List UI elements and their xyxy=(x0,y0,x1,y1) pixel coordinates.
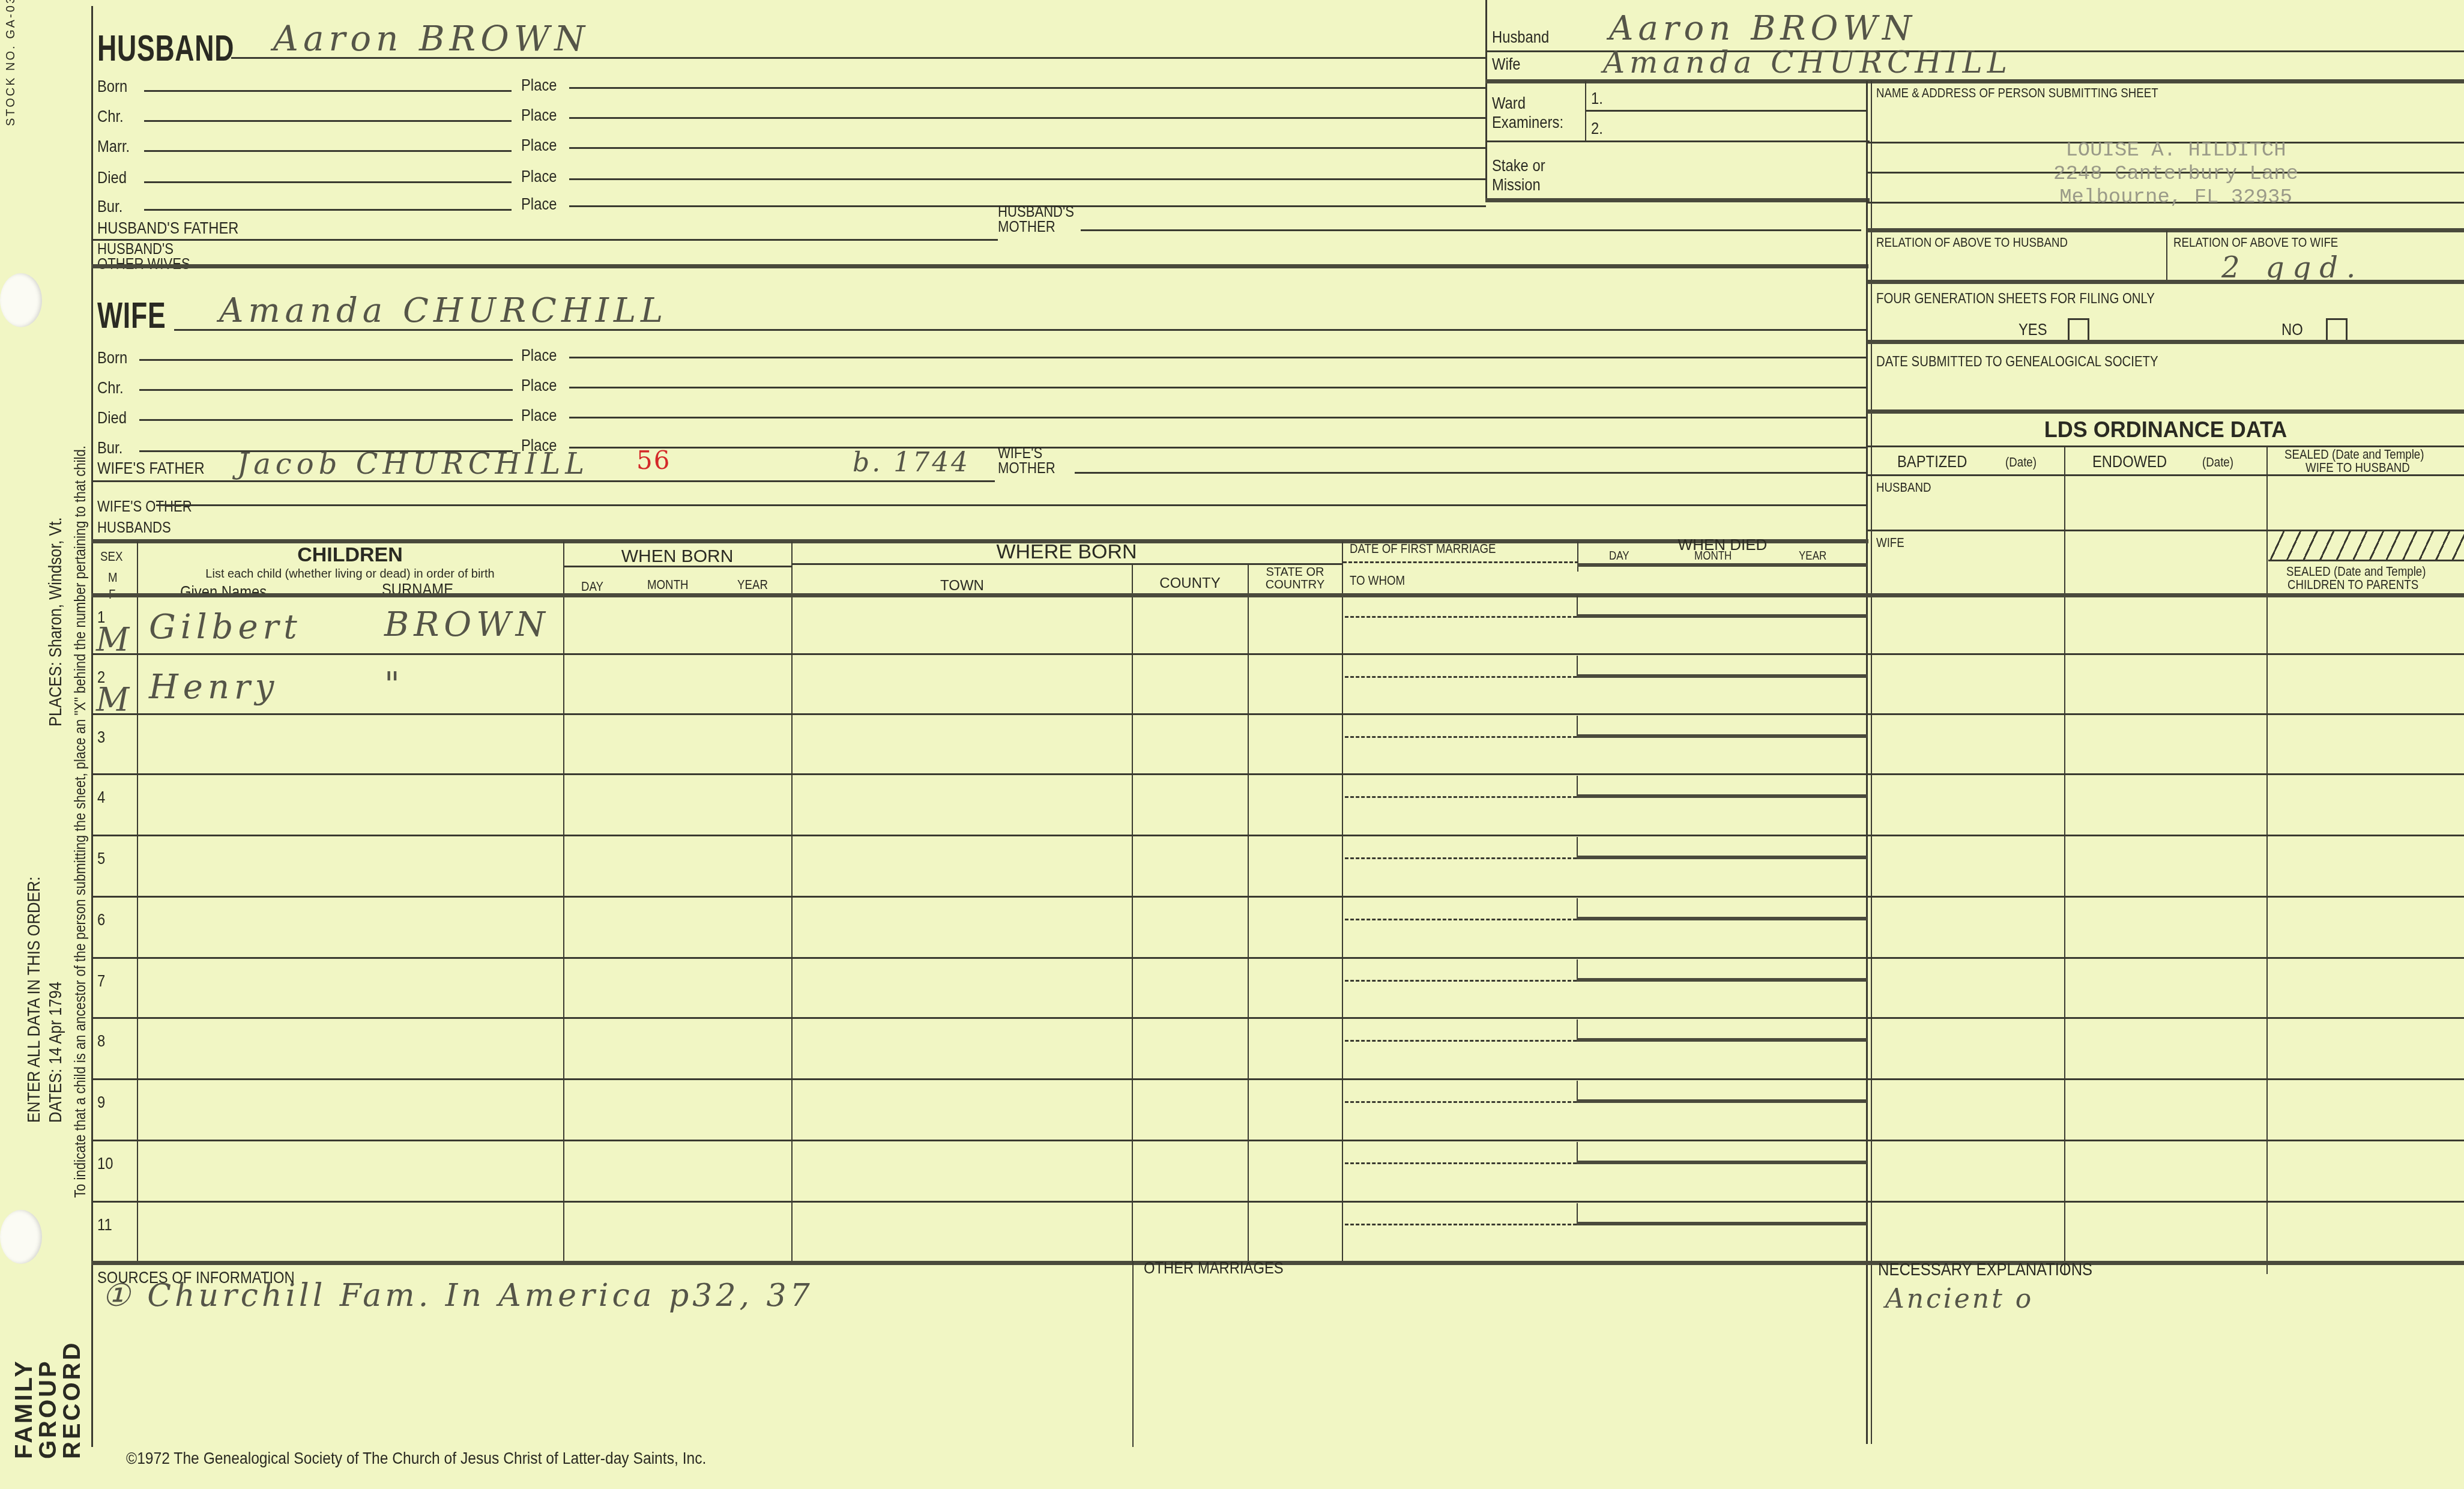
wife-father-birth[interactable]: b. 1744 xyxy=(853,447,970,478)
row-line-1 xyxy=(91,653,2464,655)
wife-bur-label: Bur. xyxy=(97,439,122,456)
wife-father-name[interactable]: Jacob CHURCHILL xyxy=(237,447,589,481)
header-husband-label: Husband xyxy=(1492,29,1549,46)
child-birth-town-field[interactable] xyxy=(794,1081,1131,1137)
form-title: FAMILY GROUP RECORD xyxy=(12,1341,84,1459)
child-marriage-divider xyxy=(1345,1162,1577,1164)
husband-died-label: Died xyxy=(97,169,127,186)
child-endowed-field[interactable] xyxy=(2067,1203,2265,1260)
child-birth-town-field[interactable] xyxy=(794,596,1131,652)
child-sealed-field[interactable] xyxy=(2269,959,2461,1016)
header-wife-value[interactable]: Amanda CHURCHILL xyxy=(1603,45,2012,80)
child-birth-town-field[interactable] xyxy=(794,656,1131,712)
other-marriages-divider xyxy=(1132,1261,1134,1447)
death-month-label: MONTH xyxy=(1694,549,1732,563)
relation-wife-label: RELATION OF ABOVE TO WIFE xyxy=(2173,235,2338,250)
wife-born-field[interactable] xyxy=(139,359,513,361)
child-endowed-field[interactable] xyxy=(2067,959,2265,1016)
husband-bur-label: Bur. xyxy=(97,198,122,215)
examiner-1-field[interactable] xyxy=(1585,110,1867,112)
first-marriage-divider xyxy=(1343,561,1578,563)
child-birth-county-field[interactable] xyxy=(1134,1019,1246,1076)
child-birth-date-field[interactable] xyxy=(566,898,790,955)
husband-born-place-label: Place xyxy=(521,77,557,94)
enter-order-instruction: ENTER ALL DATA IN THIS ORDER: xyxy=(24,877,44,1123)
husband-mother-label: HUSBAND'S MOTHER xyxy=(998,204,1074,234)
col-divider-county xyxy=(1248,564,1249,1262)
child-baptized-field[interactable] xyxy=(1873,898,2063,955)
wife-died-field[interactable] xyxy=(139,419,513,421)
submitter-city: Melbourne, FL 32935 xyxy=(2053,186,2298,210)
submitter-name: LOUISE A. HILDITCH xyxy=(2053,139,2298,163)
child-died-underline xyxy=(1577,856,1867,859)
child-birth-state-field[interactable] xyxy=(1250,1142,1341,1198)
child-number: 5 xyxy=(97,850,105,867)
child-birth-town-field[interactable] xyxy=(794,716,1131,772)
child-baptized-field[interactable] xyxy=(1873,1203,2063,1260)
husband-marr-place-field[interactable] xyxy=(569,147,1486,149)
wife-endowed-field[interactable] xyxy=(2067,531,2265,591)
child-birth-state-field[interactable] xyxy=(1250,837,1341,893)
right-column-border-inner xyxy=(1871,81,1872,1444)
wife-mother-field[interactable] xyxy=(1075,472,1867,474)
child-spouse-field[interactable] xyxy=(1345,1166,1865,1198)
relation-bottom xyxy=(1867,280,2464,284)
child-marriage-date-field[interactable] xyxy=(1345,1203,1575,1221)
sex-label: SEX xyxy=(100,549,122,564)
child-death-date-field[interactable] xyxy=(1579,596,1865,614)
husband-died-place-label: Place xyxy=(521,168,557,185)
child-birth-county-field[interactable] xyxy=(1134,959,1246,1016)
date-submitted-label: DATE SUBMITTED TO GENEALOGICAL SOCIETY xyxy=(1876,354,2158,370)
child-death-date-field[interactable] xyxy=(1579,1019,1865,1037)
birth-year-label: YEAR xyxy=(737,578,768,592)
husband-endowed-field[interactable] xyxy=(2067,476,2265,530)
child-sealed-field[interactable] xyxy=(2269,898,2461,955)
where-born-subheader-line xyxy=(791,563,1342,565)
county-label: COUNTY xyxy=(1133,575,1247,592)
child-birth-town-field[interactable] xyxy=(794,1203,1131,1260)
wife-chr-field[interactable] xyxy=(139,389,513,391)
child-died-underline xyxy=(1577,614,1867,618)
child-spouse-field[interactable] xyxy=(1345,1105,1865,1137)
child-death-date-field[interactable] xyxy=(1579,656,1865,674)
child-death-date-field[interactable] xyxy=(1579,898,1865,916)
wife-baptized-field[interactable] xyxy=(1872,531,2063,591)
husband-chr-field[interactable] xyxy=(144,120,512,122)
endowed-date-label: (Date) xyxy=(2202,455,2233,470)
wife-chr-place-label: Place xyxy=(521,377,557,394)
child-died-underline xyxy=(1577,1038,1867,1042)
child-died-underline xyxy=(1577,1161,1867,1164)
child-birth-town-field[interactable] xyxy=(794,898,1131,955)
husband-born-field[interactable] xyxy=(144,90,512,92)
child-sealed-field[interactable] xyxy=(2269,837,2461,893)
form-title-line-2: GROUP xyxy=(36,1341,60,1459)
col-divider-state xyxy=(1342,542,1343,1262)
husband-chr-place-label: Place xyxy=(521,107,557,124)
wife-name-line xyxy=(174,329,1867,331)
child-birth-state-field[interactable] xyxy=(1250,1203,1341,1260)
wife-other-husbands-field[interactable] xyxy=(156,504,1867,506)
wife-father-reference-number: 56 xyxy=(636,445,671,475)
sealed-wife-to-husband-field[interactable] xyxy=(2269,476,2461,530)
child-sealed-field[interactable] xyxy=(2269,1203,2461,1260)
child-died-underline xyxy=(1577,1222,1867,1225)
child-given-name[interactable]: Henry xyxy=(149,668,279,707)
child-spouse-field[interactable] xyxy=(1345,1044,1865,1076)
child-birth-county-field[interactable] xyxy=(1134,656,1246,712)
child-sealed-field[interactable] xyxy=(2269,596,2461,652)
when-born-label: WHEN BORN xyxy=(564,546,790,567)
sealed-wife-label-2: WIFE TO HUSBAND xyxy=(2305,461,2410,475)
sources-value[interactable]: ① Churchill Fam. In America p32, 37 xyxy=(102,1278,814,1314)
places-example: PLACES: Sharon, Windsor, Vt. xyxy=(46,517,66,726)
child-baptized-field[interactable] xyxy=(1873,837,2063,893)
child-birth-date-field[interactable] xyxy=(566,1019,790,1076)
child-spouse-field[interactable] xyxy=(1345,983,1865,1016)
submitter-stamp[interactable]: LOUISE A. HILDITCH 2248 Canterbury Lane … xyxy=(2053,139,2298,210)
child-birth-date-field[interactable] xyxy=(566,1203,790,1260)
child-number: 10 xyxy=(97,1155,113,1172)
child-surname[interactable]: BROWN xyxy=(384,605,550,644)
four-gen-no-label: NO xyxy=(2281,321,2303,338)
child-birth-date-field[interactable] xyxy=(566,776,790,832)
examiner-2-label: 2. xyxy=(1591,120,1603,137)
child-death-date-field[interactable] xyxy=(1579,1081,1865,1099)
stake-mission-label-1: Stake or xyxy=(1492,157,1545,174)
wife-mother-label: WIFE'S MOTHER xyxy=(998,445,1055,475)
child-marriage-divider xyxy=(1345,616,1577,618)
ancestor-instruction: To indicate that a child is an ancestor … xyxy=(71,445,89,1198)
child-birth-town-field[interactable] xyxy=(794,1019,1131,1076)
copyright-notice: ©1972 The Genealogical Society of The Ch… xyxy=(126,1449,706,1468)
ordinance-col-divider-1 xyxy=(2064,445,2065,1274)
child-surname[interactable]: " xyxy=(384,665,405,704)
explanations-value[interactable]: Ancient o xyxy=(1885,1284,2034,1314)
wife-father-field xyxy=(91,480,995,482)
husband-name-line xyxy=(231,57,1486,59)
wife-born-place-field[interactable] xyxy=(569,357,1867,358)
wife-chr-place-field[interactable] xyxy=(569,387,1867,388)
husband-marr-place-label: Place xyxy=(521,137,557,154)
sex-m-label: M xyxy=(108,570,118,585)
row-line-5 xyxy=(91,896,2464,898)
child-marriage-divider xyxy=(1345,1040,1577,1042)
child-marriage-date-field[interactable] xyxy=(1345,596,1575,614)
husband-died-field[interactable] xyxy=(144,181,512,183)
where-born-label: WHERE BORN xyxy=(793,540,1341,564)
child-death-date-field[interactable] xyxy=(1579,716,1865,734)
wife-born-label: Born xyxy=(97,349,127,366)
wife-name[interactable]: Amanda CHURCHILL xyxy=(219,291,668,330)
children-title: CHILDREN xyxy=(138,543,562,567)
child-baptized-field[interactable] xyxy=(1873,656,2063,712)
child-marriage-date-field[interactable] xyxy=(1345,1081,1575,1099)
child-birth-town-field[interactable] xyxy=(794,837,1131,893)
birth-month-label: MONTH xyxy=(647,578,689,592)
hatched-not-applicable xyxy=(2268,531,2464,561)
child-death-date-field[interactable] xyxy=(1579,1203,1865,1221)
child-baptized-field[interactable] xyxy=(1873,1142,2063,1198)
header-wife-label: Wife xyxy=(1492,56,1521,73)
when-died-underline xyxy=(1577,563,1867,567)
child-birth-county-field[interactable] xyxy=(1134,837,1246,893)
relation-husband-label: RELATION OF ABOVE TO HUSBAND xyxy=(1876,235,2068,250)
child-baptized-field[interactable] xyxy=(1873,716,2063,772)
other-marriages-field[interactable] xyxy=(1144,1285,1861,1441)
child-sealed-field[interactable] xyxy=(2269,1142,2461,1198)
child-number: 9 xyxy=(97,1094,105,1111)
child-endowed-field[interactable] xyxy=(2067,656,2265,712)
child-marriage-date-field[interactable] xyxy=(1345,716,1575,734)
wife-died-place-field[interactable] xyxy=(569,417,1867,418)
child-birth-date-field[interactable] xyxy=(566,596,790,652)
child-number: 8 xyxy=(97,1033,105,1050)
relation-divider xyxy=(2166,231,2167,282)
children-subtitle: List each child (whether living or dead)… xyxy=(138,567,562,581)
relation-husband-field[interactable] xyxy=(1876,252,2164,282)
child-spouse-field[interactable] xyxy=(1345,861,1865,893)
explanations-label: NECESSARY EXPLANATIONS xyxy=(1878,1261,2092,1279)
child-given-name[interactable]: Gilbert xyxy=(149,608,302,647)
col-divider-when-died-header xyxy=(1577,542,1578,572)
four-gen-yes-checkbox[interactable] xyxy=(2068,318,2089,342)
child-endowed-field[interactable] xyxy=(2067,837,2265,893)
child-sealed-field[interactable] xyxy=(2269,1081,2461,1137)
header-wife-line xyxy=(1485,79,2464,83)
ordinance-col-divider-2 xyxy=(2266,445,2268,1274)
submitter-bottom xyxy=(1867,228,2464,232)
child-number: 6 xyxy=(97,911,105,928)
child-marriage-date-field[interactable] xyxy=(1345,898,1575,916)
ward-examiners-label-1: Ward xyxy=(1492,95,1526,112)
child-spouse-field[interactable] xyxy=(1345,740,1865,772)
child-birth-date-field[interactable] xyxy=(566,1142,790,1198)
husband-born-label: Born xyxy=(97,78,127,95)
wife-chr-label: Chr. xyxy=(97,379,124,396)
child-birth-date-field[interactable] xyxy=(566,837,790,893)
child-endowed-field[interactable] xyxy=(2067,716,2265,772)
husband-died-place-field[interactable] xyxy=(569,178,1486,180)
child-birth-county-field[interactable] xyxy=(1134,1142,1246,1198)
row-line-2 xyxy=(91,713,2464,715)
wife-born-place-label: Place xyxy=(521,347,557,364)
child-died-underline xyxy=(1577,734,1867,738)
sealed-children-label-2: CHILDREN TO PARENTS xyxy=(2287,578,2418,592)
wife-bur-place-field[interactable] xyxy=(569,447,1867,449)
child-marriage-date-field[interactable] xyxy=(1345,776,1575,794)
baptized-label: BAPTIZED xyxy=(1897,453,1967,470)
husband-baptized-field[interactable] xyxy=(1872,476,2063,530)
child-sealed-field[interactable] xyxy=(2269,1019,2461,1076)
child-endowed-field[interactable] xyxy=(2067,776,2265,832)
child-marriage-date-field[interactable] xyxy=(1345,959,1575,977)
col-divider-town xyxy=(1132,564,1133,1262)
child-endowed-field[interactable] xyxy=(2067,1081,2265,1137)
child-birth-state-field[interactable] xyxy=(1250,1019,1341,1076)
child-birth-town-field[interactable] xyxy=(794,1142,1131,1198)
col-divider-when-born xyxy=(791,542,793,1262)
husband-born-place-field[interactable] xyxy=(569,87,1486,89)
child-marriage-date-field[interactable] xyxy=(1345,1142,1575,1160)
child-marriage-divider xyxy=(1345,736,1577,738)
child-birth-date-field[interactable] xyxy=(566,716,790,772)
first-marriage-label: DATE OF FIRST MARRIAGE xyxy=(1350,542,1496,556)
child-baptized-field[interactable] xyxy=(1873,1019,2063,1076)
child-birth-state-field[interactable] xyxy=(1250,776,1341,832)
wife-died-label: Died xyxy=(97,409,127,426)
form-title-line-3: RECORD xyxy=(60,1341,84,1459)
husband-name[interactable]: Aaron BROWN xyxy=(273,18,590,59)
child-birth-state-field[interactable] xyxy=(1250,716,1341,772)
wife-died-place-label: Place xyxy=(521,407,557,424)
child-marriage-divider xyxy=(1345,1101,1577,1103)
child-spouse-field[interactable] xyxy=(1345,620,1865,652)
child-sealed-field[interactable] xyxy=(2269,776,2461,832)
form-title-line-1: FAMILY xyxy=(12,1341,36,1459)
husband-mother-field[interactable] xyxy=(1081,229,1861,231)
child-death-date-field[interactable] xyxy=(1579,776,1865,794)
child-birth-town-field[interactable] xyxy=(794,776,1131,832)
child-baptized-field[interactable] xyxy=(1873,959,2063,1016)
four-generation-label: FOUR GENERATION SHEETS FOR FILING ONLY xyxy=(1876,291,2155,307)
child-birth-state-field[interactable] xyxy=(1250,1081,1341,1137)
child-birth-county-field[interactable] xyxy=(1134,716,1246,772)
child-sealed-field[interactable] xyxy=(2269,656,2461,712)
child-death-date-field[interactable] xyxy=(1579,959,1865,977)
stake-mission-label-2: Mission xyxy=(1492,177,1541,193)
husband-chr-place-field[interactable] xyxy=(569,117,1486,119)
child-birth-county-field[interactable] xyxy=(1134,596,1246,652)
husband-marr-field[interactable] xyxy=(144,150,512,152)
death-day-label: DAY xyxy=(1609,549,1629,563)
child-birth-county-field[interactable] xyxy=(1134,1203,1246,1260)
child-marriage-divider xyxy=(1345,676,1577,678)
child-marriage-divider xyxy=(1345,1224,1577,1225)
binder-hole-bottom xyxy=(0,1210,42,1264)
date-submitted-field[interactable] xyxy=(1876,372,2459,402)
row-line-7 xyxy=(91,1017,2464,1019)
husband-father-field[interactable] xyxy=(91,239,998,241)
child-sealed-field[interactable] xyxy=(2269,716,2461,772)
child-birth-state-field[interactable] xyxy=(1250,596,1341,652)
row-line-6 xyxy=(91,957,2464,959)
baptized-date-label: (Date) xyxy=(2005,455,2037,470)
child-died-underline xyxy=(1577,978,1867,982)
examiner-2-field[interactable] xyxy=(1485,140,1870,142)
col-divider-name xyxy=(563,542,564,1262)
husband-bur-field[interactable] xyxy=(144,209,512,211)
child-spouse-field[interactable] xyxy=(1345,922,1865,955)
child-died-underline xyxy=(1577,794,1867,798)
child-endowed-field[interactable] xyxy=(2067,898,2265,955)
child-endowed-field[interactable] xyxy=(2067,596,2265,652)
husband-bur-place-label: Place xyxy=(521,196,557,213)
death-year-label: YEAR xyxy=(1799,549,1826,563)
child-marriage-divider xyxy=(1345,919,1577,920)
binder-hole-top xyxy=(0,273,42,327)
left-border xyxy=(91,6,93,1447)
child-birth-state-field[interactable] xyxy=(1250,959,1341,1016)
row-line-9 xyxy=(91,1140,2464,1141)
town-label: TOWN xyxy=(793,578,1132,594)
birth-day-label: DAY xyxy=(581,579,603,594)
child-endowed-field[interactable] xyxy=(2067,1019,2265,1076)
child-birth-date-field[interactable] xyxy=(566,1081,790,1137)
date-submitted-bottom xyxy=(1867,409,2464,414)
other-marriages-label: OTHER MARRIAGES xyxy=(1144,1260,1284,1276)
child-marriage-divider xyxy=(1345,980,1577,982)
submitter-label: NAME & ADDRESS OF PERSON SUBMITTING SHEE… xyxy=(1876,86,2158,100)
child-baptized-field[interactable] xyxy=(1873,596,2063,652)
four-gen-bottom xyxy=(1867,340,2464,344)
child-endowed-field[interactable] xyxy=(2067,1142,2265,1198)
child-birth-date-field[interactable] xyxy=(566,959,790,1016)
child-marriage-date-field[interactable] xyxy=(1345,656,1575,674)
ward-examiners-label-2: Examiners: xyxy=(1492,114,1563,131)
child-spouse-field[interactable] xyxy=(1345,680,1865,712)
child-spouse-field[interactable] xyxy=(1345,1227,1865,1260)
row-line-4 xyxy=(91,835,2464,836)
child-birth-state-field[interactable] xyxy=(1250,898,1341,955)
husband-heading: HUSBAND xyxy=(97,30,234,67)
child-death-date-field[interactable] xyxy=(1579,1142,1865,1160)
child-died-underline xyxy=(1577,1099,1867,1103)
child-birth-county-field[interactable] xyxy=(1134,898,1246,955)
examiner-1-label: 1. xyxy=(1591,90,1603,107)
stake-mission-bottom xyxy=(1485,198,1870,202)
child-birth-date-field[interactable] xyxy=(566,656,790,712)
child-baptized-field[interactable] xyxy=(1873,776,2063,832)
child-birth-county-field[interactable] xyxy=(1134,1081,1246,1137)
right-column-border xyxy=(1866,81,1868,1444)
child-birth-town-field[interactable] xyxy=(794,959,1131,1016)
given-names-label: Given Names xyxy=(180,584,267,600)
husband-section-bottom xyxy=(91,264,1868,268)
child-baptized-field[interactable] xyxy=(1873,1081,2063,1137)
endowed-label: ENDOWED xyxy=(2092,453,2167,470)
row-line-3 xyxy=(91,773,2464,775)
header-husband-value[interactable]: Aaron BROWN xyxy=(1609,9,1916,48)
wife-heading: WIFE xyxy=(97,297,166,334)
husband-marr-label: Marr. xyxy=(97,138,130,155)
child-marriage-date-field[interactable] xyxy=(1345,837,1575,855)
wife-other-husbands-label: WIFE'S OTHER HUSBANDS xyxy=(97,496,192,538)
state-country-label: STATE OR COUNTRY xyxy=(1249,566,1341,591)
child-number: 4 xyxy=(97,789,105,806)
child-number: 11 xyxy=(97,1216,112,1233)
husband-father-label: HUSBAND'S FATHER xyxy=(97,220,239,237)
child-died-underline xyxy=(1577,917,1867,920)
child-spouse-field[interactable] xyxy=(1345,800,1865,832)
submitter-street: 2248 Canterbury Lane xyxy=(2053,163,2298,186)
stock-number: STOCK NO. GA-032 xyxy=(5,0,17,126)
wife-father-label: WIFE'S FATHER xyxy=(97,460,205,477)
child-death-date-field[interactable] xyxy=(1579,837,1865,855)
row-line-10 xyxy=(91,1201,2464,1203)
child-birth-county-field[interactable] xyxy=(1134,776,1246,832)
child-marriage-date-field[interactable] xyxy=(1345,1019,1575,1037)
child-number: 3 xyxy=(97,729,105,746)
husband-chr-label: Chr. xyxy=(97,108,124,125)
child-birth-state-field[interactable] xyxy=(1250,656,1341,712)
to-whom-label: TO WHOM xyxy=(1350,573,1405,588)
child-died-underline xyxy=(1577,674,1867,678)
four-gen-no-checkbox[interactable] xyxy=(2326,318,2348,342)
when-born-subheader-line xyxy=(563,566,791,567)
header-box-left-border xyxy=(1485,0,1487,199)
